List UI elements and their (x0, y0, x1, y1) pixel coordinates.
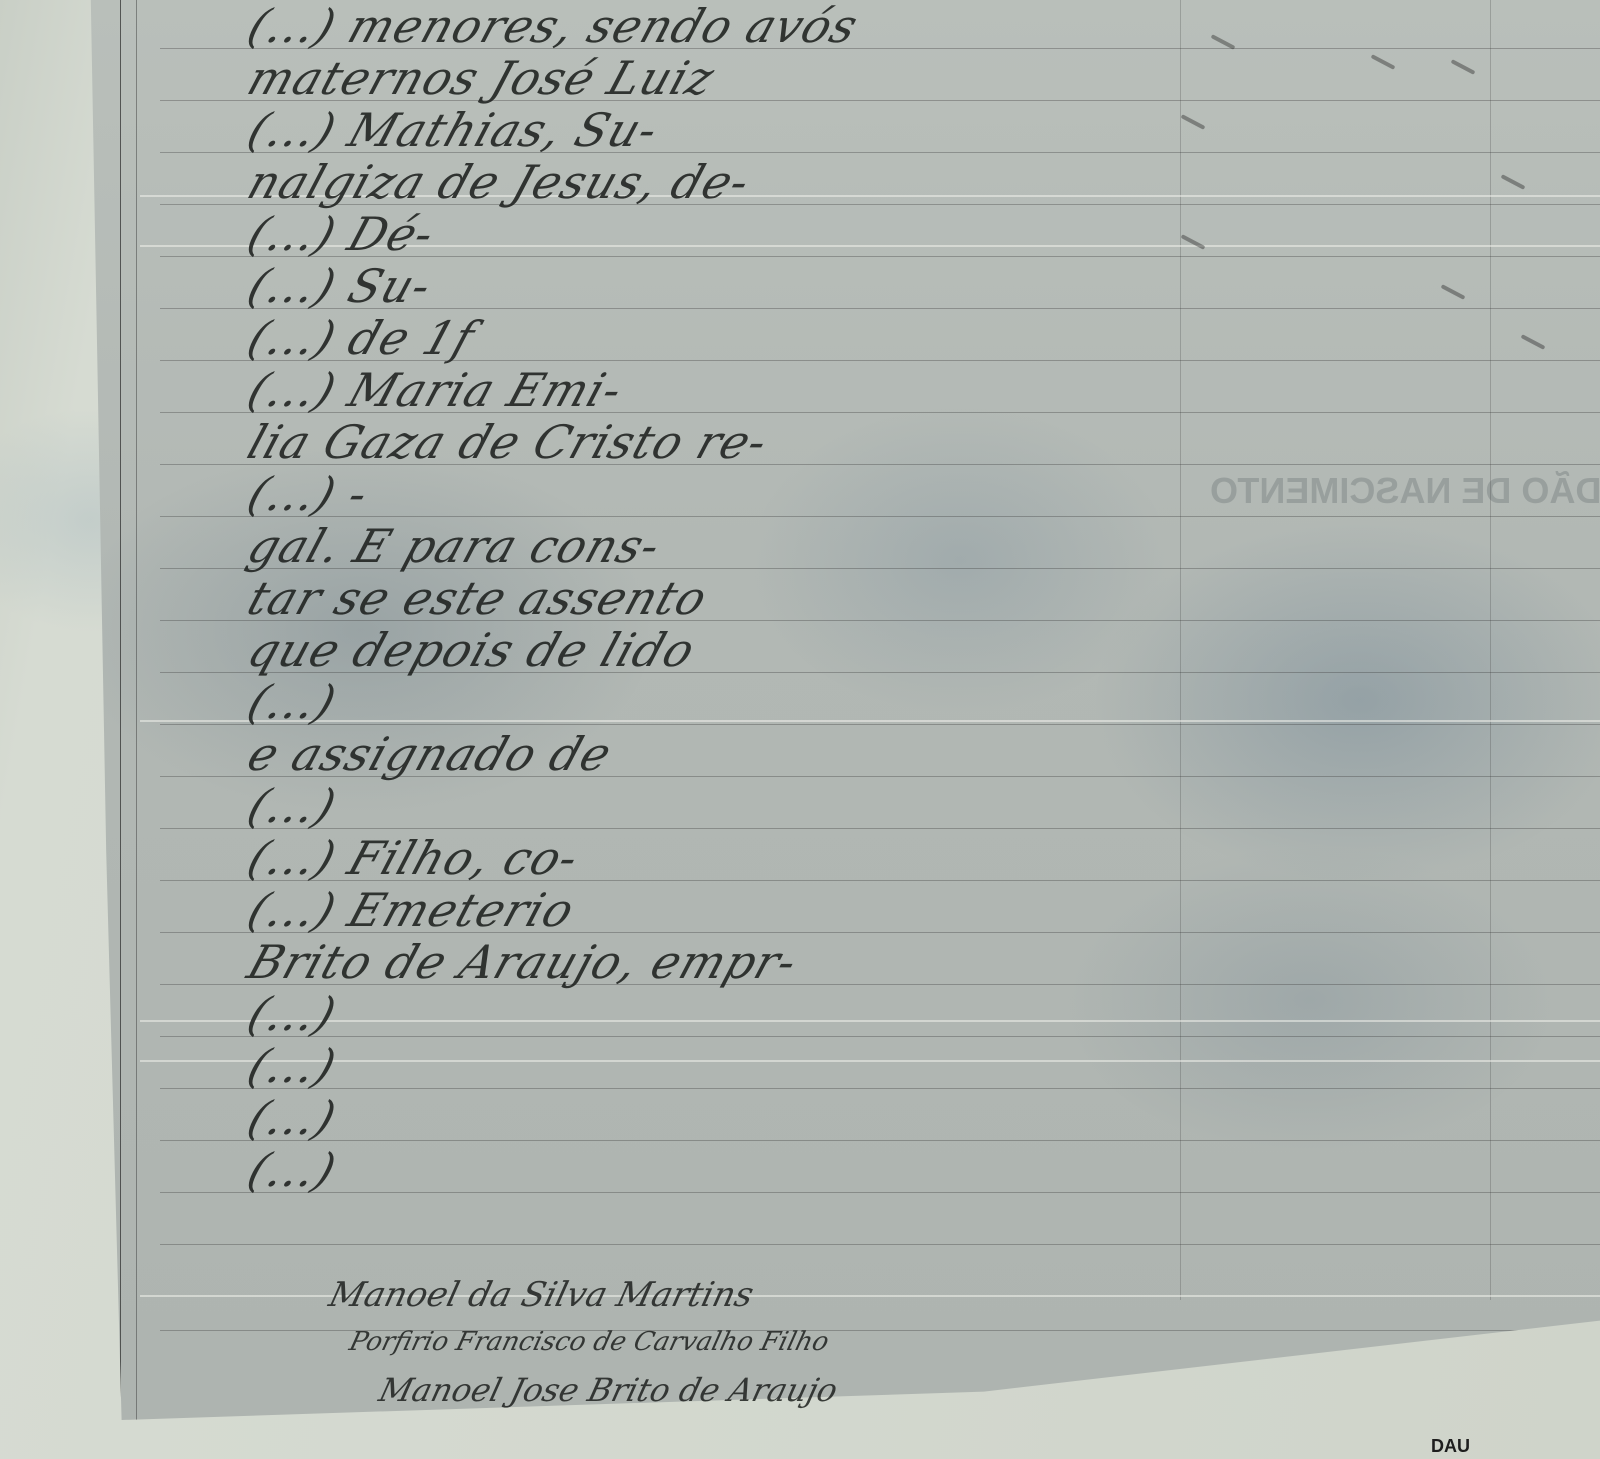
corner-mark: DAU (1431, 1436, 1470, 1457)
handwritten-line: (...) Su- (242, 260, 1159, 312)
handwritten-line: (...) Maria Emi- (242, 364, 1159, 416)
signature: Porfirio Francisco de Carvalho Filho (345, 1320, 1056, 1364)
ditto-mark (1371, 54, 1396, 70)
ditto-mark (1441, 284, 1466, 300)
ditto-mark (1181, 114, 1206, 130)
handwritten-line: lia Gaza de Cristo re- (242, 416, 1159, 468)
handwritten-line: (...) (242, 1040, 1159, 1092)
signature: Manoel Jose Brito de Araujo (374, 1364, 1057, 1416)
margin-line-outer (120, 0, 121, 1420)
handwritten-line: (...) Dé- (242, 208, 1159, 260)
signature: Manoel da Silva Martins (324, 1270, 1056, 1320)
handwritten-line: (...) (242, 1144, 1159, 1196)
ruled-line (160, 1244, 1600, 1245)
handwritten-line: tar se este assento (242, 572, 1159, 624)
ditto-mark (1181, 234, 1206, 250)
handwritten-body: (...) menores, sendo avós maternos José … (250, 0, 1150, 1196)
ditto-mark (1451, 59, 1476, 75)
handwritten-line: (...) (242, 988, 1159, 1040)
handwritten-line: nalgiza de Jesus, de- (242, 156, 1159, 208)
margin-line-inner (136, 0, 137, 1420)
handwritten-line: (...) de 1f (242, 312, 1159, 364)
ditto-mark (1521, 334, 1546, 350)
handwritten-line: (...) menores, sendo avós (242, 0, 1159, 52)
handwritten-line: (...) (242, 676, 1159, 728)
handwritten-line: que depois de lido (242, 624, 1159, 676)
handwritten-line: (...) - (242, 468, 1159, 520)
ditto-mark (1501, 174, 1526, 190)
handwritten-line: Brito de Araujo, empr- (242, 936, 1159, 988)
handwritten-line: (...) (242, 780, 1159, 832)
handwritten-line: e assignado de (242, 728, 1159, 780)
handwritten-line: maternos José Luiz (242, 52, 1159, 104)
handwritten-line: (...) Emeterio (242, 884, 1159, 936)
handwritten-line: gal. E para cons- (242, 520, 1159, 572)
bleed-through-heading: CERTIDÃO DE NASCIMENTO (1210, 470, 1600, 512)
signature-block: Manoel da Silva Martins Porfirio Francis… (330, 1270, 1050, 1416)
handwritten-line: (...) (242, 1092, 1159, 1144)
handwritten-line: (...) Filho, co- (242, 832, 1159, 884)
handwritten-line: (...) Mathias, Su- (242, 104, 1159, 156)
